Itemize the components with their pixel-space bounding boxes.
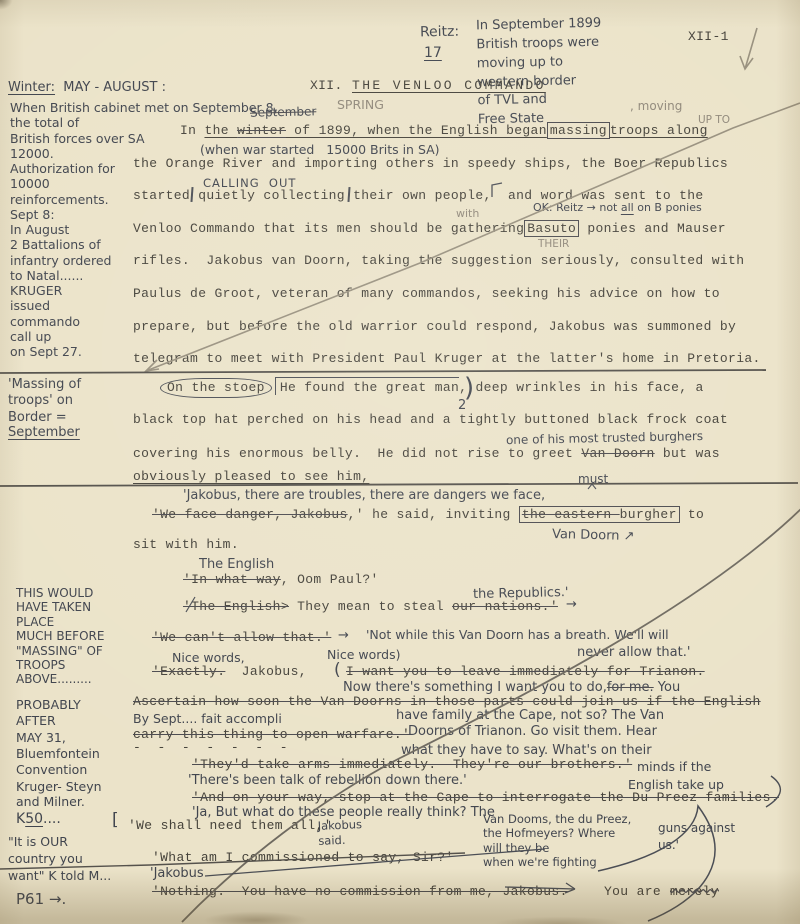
hand-edit-the-english: The English — [199, 557, 274, 573]
typed-line-10: black top hat perched on his head and a … — [133, 413, 728, 427]
pencil-note-moving: , moving — [630, 99, 682, 114]
hand-note-guns-against: guns against us.' — [658, 820, 735, 854]
typed-line-17: 'We can't allow that.' — [152, 631, 331, 645]
l16-strike2: our nations.' — [452, 599, 558, 614]
margin-note-kruger-milner: Kruger- Steyn and Milner. — [16, 779, 102, 809]
hand-arrow: → — [338, 628, 349, 644]
oval-on-the-stoep: On the stoep — [160, 378, 272, 398]
pencil-edit-their: THEIR — [538, 238, 569, 251]
typed-dashes: - - - - - - - — [133, 741, 288, 755]
typed-line-18b: I want you to leave immediately for Tria… — [346, 665, 705, 679]
l4-box-basuto: Basuto — [524, 220, 579, 237]
margin-note-this-would: THIS WOULD HAVE TAKEN PLACE MUCH BEFORE … — [16, 586, 104, 687]
manuscript-page: Reitz: 17 In September 1899 British troo… — [0, 0, 800, 924]
hand-line-jakobus2: 'Jakobus — [150, 866, 204, 882]
l1-u1: the — [204, 123, 237, 138]
typed-line-22: 'And on your way, stop at the Cape to in… — [192, 791, 779, 805]
h3-strike-for-me: for me. — [607, 680, 654, 695]
l13-box: the eastern burgher — [519, 506, 680, 523]
typed-line-13: 'We face danger, Jakobus,' he said, invi… — [152, 508, 704, 522]
l18-strike-exactly: 'Exactly. — [152, 664, 225, 679]
hand-note-jakobus-said: Jakobus said. — [317, 817, 362, 849]
l1-u2: of 1899, when the English began — [286, 123, 547, 138]
typed-line-5: rifles. Jakobus van Doorn, taking the su… — [133, 254, 744, 268]
l9-end: , deep wrinkles in his face, a — [459, 380, 704, 395]
k50-k: K — [16, 811, 25, 827]
typed-line-14: sit with him. — [133, 538, 239, 552]
hand-line-rebellion: 'There's been talk of rebellion down the… — [188, 773, 467, 789]
pencil-check-mark — [740, 28, 757, 69]
l13-box-strike: the eastern — [522, 507, 620, 522]
typed-line-21: 'They'd take arms immediately. They're o… — [192, 758, 632, 772]
chapter-title: THE VENLOO COMMANDO — [352, 79, 546, 93]
hand-line-never-allow: never allow that.' — [577, 645, 690, 661]
pencil-edit-spring: SPRING — [337, 97, 384, 113]
l4-post: ponies and Mauser — [579, 221, 726, 236]
typed-line-16: 'The English> They mean to steal our nat… — [183, 600, 558, 614]
l13-mid: ,' he said, inviting — [348, 507, 519, 522]
margin-winter-label: Winter: — [8, 80, 55, 95]
pencil-edit-with: with — [456, 207, 479, 221]
l18-jakobus: Jakobus, — [225, 664, 307, 679]
l9-he-found: He found the great man — [275, 377, 459, 395]
hand-note-reitz-label: Reitz: — [420, 24, 460, 42]
hand-line-not-while: 'Not while this Van Doorn has a breath. … — [366, 627, 669, 643]
typed-line-6: Paulus de Groot, veteran of many command… — [133, 287, 720, 301]
margin-note-k50: K50.... — [16, 811, 61, 829]
typed-line-12: obviously pleased to see him, — [133, 470, 369, 484]
l1-box-massing: massing — [547, 122, 610, 139]
l11-strike-van-doorn: Van Doorn — [581, 446, 654, 461]
k50-dots: .... — [43, 811, 61, 827]
l4-pre: Venloo Commando that its men should be g… — [133, 221, 524, 236]
hand-line-have-family: have family at the Cape, not so? The Van — [396, 708, 664, 724]
page-number: XII-1 — [688, 30, 729, 44]
hand-line-minds: minds if the — [637, 759, 711, 775]
typed-line-2: the Orange River and importing others in… — [133, 157, 728, 171]
typed-line-7: prepare, but before the old warrior coul… — [133, 320, 736, 334]
l1-u3: troops along — [610, 123, 708, 138]
typed-strike-merely: merely — [670, 885, 719, 899]
section-rule-2 — [0, 483, 798, 486]
l15-strike: 'In what way — [183, 572, 281, 587]
hand-arrow: → — [566, 597, 577, 613]
hand-note-page-17: 17 — [424, 45, 442, 63]
hand-bracket: [ — [112, 810, 119, 831]
margin-note-p61: P61 →. — [16, 890, 66, 909]
l13-strike: 'We face danger, Jakobus — [152, 507, 348, 522]
l11-pre: covering his enormous belly. He did not … — [133, 446, 581, 461]
hand-note-reitz-body: In September 1899 British troops were mo… — [476, 15, 604, 131]
typed-line-8: telegram to meet with President Paul Kru… — [133, 352, 761, 366]
l13-box-burgher: burgher — [620, 507, 677, 522]
ok-a: OK: Reitz → not — [533, 201, 621, 214]
h3-you: You — [654, 680, 681, 695]
typed-line-4: Venloo Commando that its men should be g… — [133, 222, 726, 236]
typed-line-25: 'Nothing. You have no commission from me… — [152, 885, 568, 899]
typed-line-15: 'In what way, Oom Paul?' — [183, 573, 379, 587]
hand-insert-must: must — [578, 472, 608, 487]
margin-note-massing: 'Massing of troops' on Border = — [8, 377, 81, 426]
margin-note-probably: PROBABLY AFTER MAY 31, Bluemfontein Conv… — [16, 697, 100, 778]
typed-line-24: 'What am I commissioned to say, Sir?' — [152, 851, 454, 865]
k50-num: 50 — [25, 811, 43, 827]
typed-line-11: covering his enormous belly. He did not … — [133, 447, 720, 461]
margin-winter-rest: MAY - AUGUST : — [55, 80, 166, 95]
typed-line-18: 'Exactly. Jakobus, — [152, 665, 307, 679]
margin-note-quote: "It is OUR country you want" K told M... — [8, 834, 111, 885]
hand-note-by-sept: By Sept.... fait accompli — [133, 711, 282, 727]
l15-end: , Oom Paul?' — [281, 572, 379, 587]
ok-c: on B ponies — [634, 201, 702, 214]
hand-paren-open: ( — [334, 660, 341, 681]
ok-all: all — [621, 201, 634, 214]
typed-line-1: In the winter of 1899, when the English … — [180, 124, 708, 138]
l1-pre: In — [180, 123, 204, 138]
margin-note-massing-september: September — [8, 425, 80, 441]
hand-block-van-dooms: Van Dooms, the du Preez, the Hofmeyers? … — [483, 812, 631, 870]
hand-line-jakobus-troubles: 'Jakobus, there are troubles, there are … — [183, 488, 545, 504]
typed-line-23: 'We shall need them all,' — [128, 819, 332, 833]
l13-end: to — [680, 507, 704, 522]
chapter-number: XII. — [310, 79, 343, 93]
hand-edit-van-doorn: Van Doorn ↗ — [552, 527, 635, 545]
margin-note-winter: Winter: MAY - AUGUST : — [8, 80, 166, 96]
typed-you-are: You are — [604, 885, 669, 899]
l1-strike-winter: winter — [237, 123, 286, 138]
l16-mid: They mean to steal — [289, 599, 452, 614]
h3-a: Now there's something I want you to do, — [343, 680, 607, 695]
hand-edit-september: September — [250, 104, 317, 120]
l11-end: but was — [655, 446, 720, 461]
section-rule-1 — [0, 370, 766, 373]
hand-line-doorns-trianon: Doorns of Trianon. Go visit them. Hear — [408, 724, 657, 740]
hand-note-ok-reitz: OK: Reitz → not all on B ponies — [533, 201, 702, 215]
typed-line-9: On the stoepHe found the great man, deep… — [160, 381, 704, 395]
l16-strike1: 'The English> — [183, 599, 289, 614]
